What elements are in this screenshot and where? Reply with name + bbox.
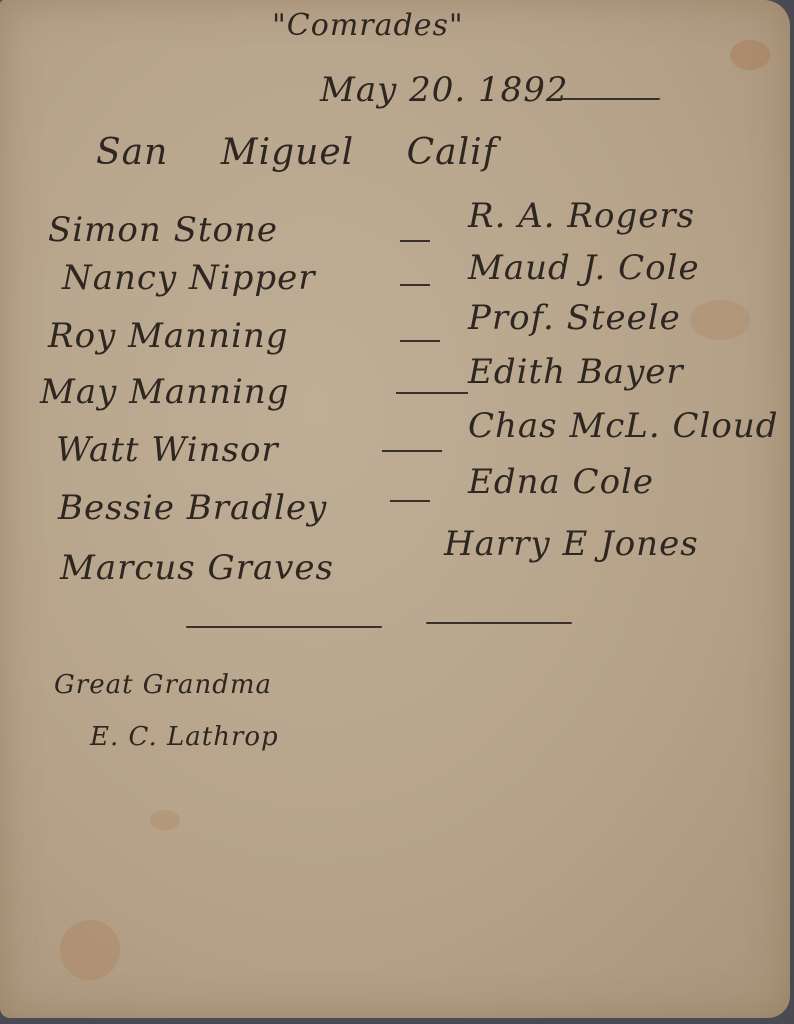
photo-card-back: "Comrades" May 20. 1892 San Miguel Calif… xyxy=(0,0,790,1018)
annotation-line1: Great Grandma xyxy=(54,670,272,700)
foxing-stain xyxy=(730,40,770,70)
dash xyxy=(390,500,430,502)
name-right: Edith Bayer xyxy=(468,352,684,392)
name-right: Prof. Steele xyxy=(468,298,681,338)
name-right: Chas McL. Cloud xyxy=(468,406,779,446)
closing-flourish xyxy=(186,626,382,628)
foxing-stain xyxy=(60,920,120,980)
name-left: Nancy Nipper xyxy=(62,258,316,298)
title: "Comrades" xyxy=(272,8,464,43)
dash xyxy=(396,392,468,394)
location: San Miguel Calif xyxy=(96,132,497,173)
name-right: R. A. Rogers xyxy=(468,196,695,236)
dash xyxy=(382,450,442,452)
name-right: Maud J. Cole xyxy=(468,248,700,288)
name-left: Marcus Graves xyxy=(60,548,334,588)
foxing-stain xyxy=(150,810,180,830)
date: May 20. 1892 xyxy=(320,70,569,110)
annotation-line2: E. C. Lathrop xyxy=(90,722,279,752)
name-right: Harry E Jones xyxy=(444,524,699,564)
foxing-stain xyxy=(690,300,750,340)
closing-flourish xyxy=(426,622,572,624)
date-underline xyxy=(560,98,660,100)
name-right: Edna Cole xyxy=(468,462,654,502)
name-left: Bessie Bradley xyxy=(58,488,327,528)
dash xyxy=(400,284,430,286)
dash xyxy=(400,240,430,242)
name-left: Simon Stone xyxy=(48,210,278,250)
name-left: Watt Winsor xyxy=(56,430,279,470)
name-left: May Manning xyxy=(40,372,290,412)
dash xyxy=(400,340,440,342)
name-left: Roy Manning xyxy=(48,316,289,356)
